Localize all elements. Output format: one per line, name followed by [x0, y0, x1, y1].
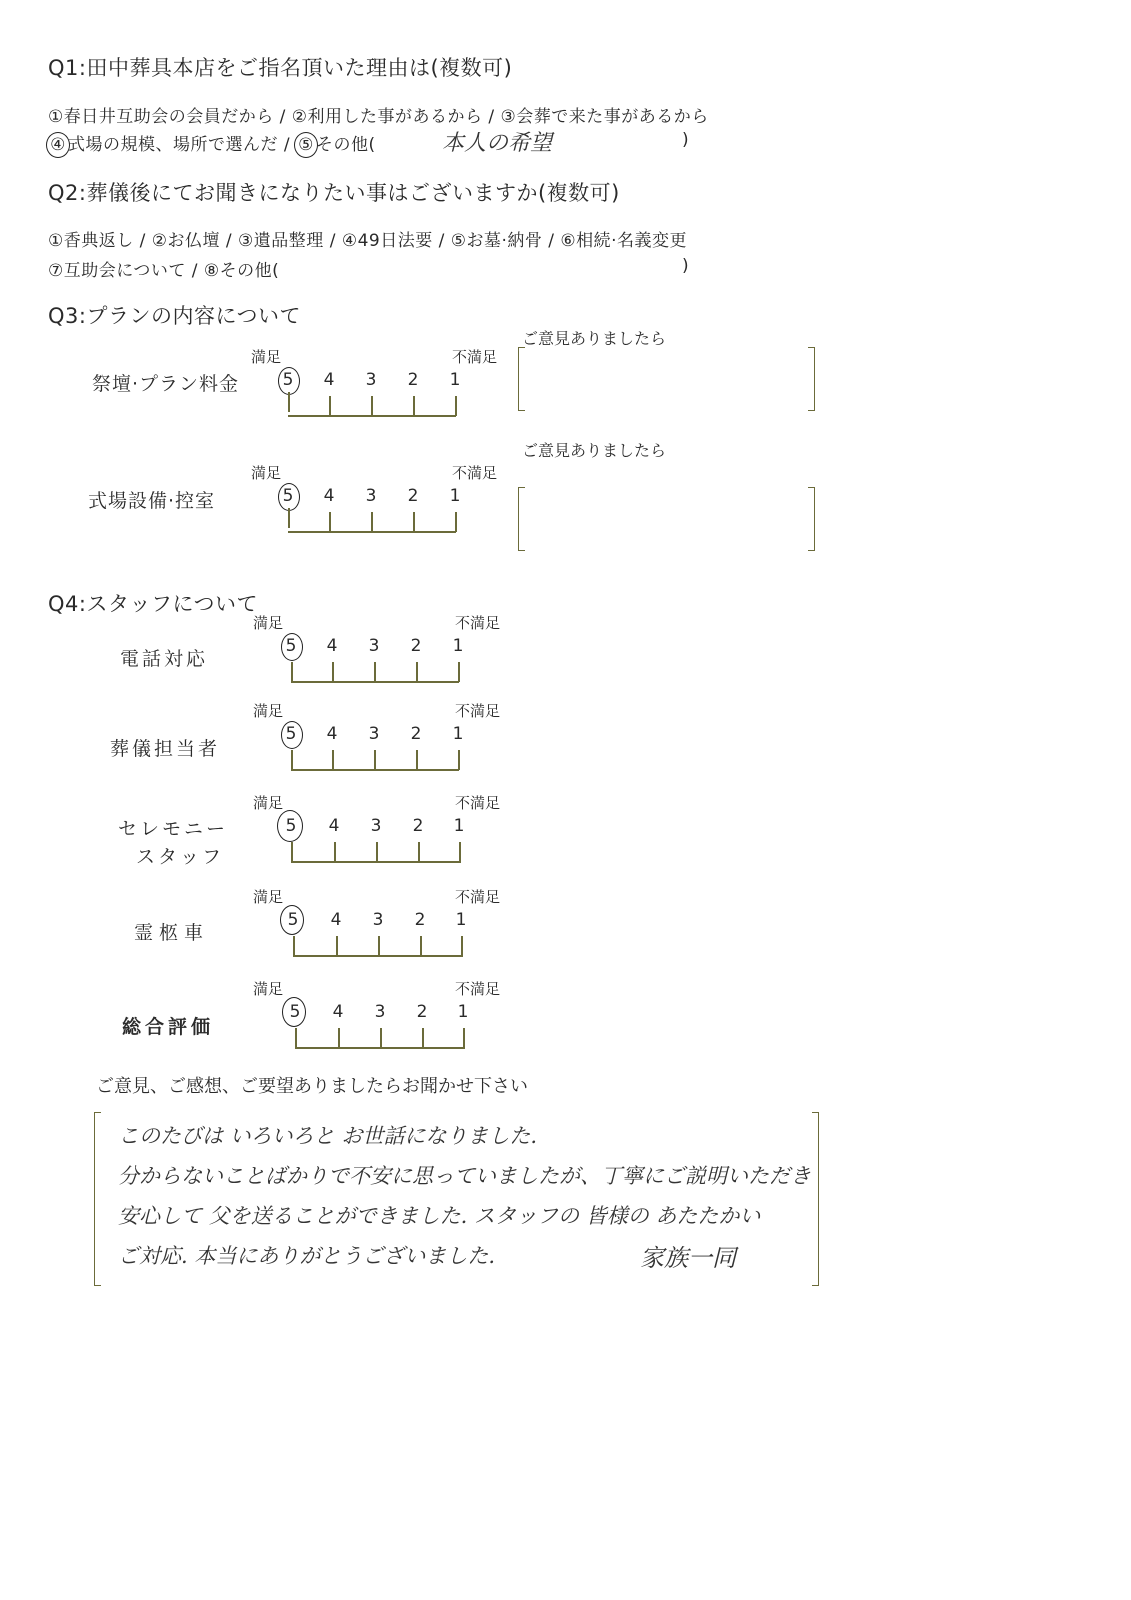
scale-option-3[interactable]: 3 — [361, 370, 381, 390]
q4-item2-label: 葬儀担当者 — [110, 734, 220, 761]
q1-option-4-selected[interactable]: ④ — [46, 132, 70, 158]
scale-option-2[interactable]: 2 — [403, 370, 423, 390]
scale-right-label: 不満足 — [455, 612, 500, 633]
scale-option-4[interactable]: 4 — [328, 1002, 348, 1022]
scale-option-4[interactable]: 4 — [322, 724, 342, 744]
scale-option-2[interactable]: 2 — [406, 636, 426, 656]
scale-option-1[interactable]: 1 — [445, 370, 465, 390]
q1-other-handwritten[interactable]: 本人の希望 — [442, 126, 552, 157]
scale-left-label: 満足 — [253, 792, 283, 813]
q3-item2-comment-field[interactable] — [526, 489, 806, 547]
selected-circle-icon — [278, 367, 300, 395]
feedback-line-1: このたびは いろいろと お世話になりました. — [118, 1116, 818, 1156]
q4-overall-scale[interactable]: 5 4 3 2 1 — [285, 1002, 475, 1072]
q1-title: Q1:田中葬具本店をご指名頂いた理由は(複数可) — [48, 52, 512, 82]
q2-options-line2: ⑦互助会について / ⑧その他( — [48, 256, 279, 281]
scale-right-label: 不満足 — [455, 700, 500, 721]
q4-item2-scale[interactable]: 5 4 3 2 1 — [281, 724, 471, 794]
scale-option-1[interactable]: 1 — [448, 724, 468, 744]
feedback-prompt: ご意見、ご感想、ご要望ありましたらお聞かせ下さい — [96, 1072, 528, 1098]
scale-right-label: 不満足 — [455, 978, 500, 999]
scale-option-4[interactable]: 4 — [319, 370, 339, 390]
q3-item1-label: 祭壇·プラン料金 — [92, 369, 239, 396]
scale-option-3[interactable]: 3 — [366, 816, 386, 836]
scale-option-1[interactable]: 1 — [449, 816, 469, 836]
scale-option-3[interactable]: 3 — [368, 910, 388, 930]
q1-option-4-text: 式場の規模、場所で選んだ / — [68, 135, 296, 155]
q4-item1-label: 電話対応 — [120, 644, 208, 671]
selected-circle-icon — [281, 721, 303, 749]
feedback-line-3: 安心して 父を送ることができました. スタッフの 皆様の あたたかい — [118, 1196, 818, 1236]
scale-right-label: 不満足 — [452, 346, 497, 367]
q4-item3-label-line2: スタッフ — [136, 842, 224, 869]
q1-option-5-text: その他( — [316, 135, 376, 155]
scale-right-label: 不満足 — [452, 462, 497, 483]
q4-item4-scale[interactable]: 5 4 3 2 1 — [283, 910, 473, 980]
scale-option-2[interactable]: 2 — [410, 910, 430, 930]
scale-right-label: 不満足 — [455, 792, 500, 813]
scale-option-3[interactable]: 3 — [364, 724, 384, 744]
q3-item1-scale[interactable]: 5 4 3 2 1 — [278, 370, 468, 440]
q3-item2-comment-box-right — [808, 487, 815, 551]
q3-item1-comment-box-right — [808, 347, 815, 411]
scale-option-1[interactable]: 1 — [445, 486, 465, 506]
q4-item4-label: 霊柩車 — [134, 918, 209, 945]
feedback-signature: 家族一同 — [640, 1238, 736, 1273]
selected-circle-icon — [278, 483, 300, 511]
scale-option-2[interactable]: 2 — [412, 1002, 432, 1022]
scale-left-label: 満足 — [251, 346, 281, 367]
scale-option-4[interactable]: 4 — [326, 910, 346, 930]
scale-option-2[interactable]: 2 — [403, 486, 423, 506]
q3-item2-label: 式場設備·控室 — [88, 486, 215, 513]
scale-left-label: 満足 — [253, 700, 283, 721]
q3-item1-comment-prompt: ご意見ありましたら — [522, 326, 666, 349]
feedback-line-2: 分からないことばかりで不安に思っていましたが、丁寧にご説明いただき — [118, 1156, 818, 1196]
q2-options-line1: ①香典返し / ②お仏壇 / ③遺品整理 / ④49日法要 / ⑤お墓·納骨 /… — [48, 226, 687, 251]
scale-option-4[interactable]: 4 — [324, 816, 344, 836]
selected-circle-icon — [281, 633, 303, 661]
q4-item3-scale[interactable]: 5 4 3 2 1 — [281, 816, 471, 886]
scale-option-1[interactable]: 1 — [453, 1002, 473, 1022]
scale-option-1[interactable]: 1 — [451, 910, 471, 930]
q3-item2-scale[interactable]: 5 4 3 2 1 — [278, 486, 468, 556]
scale-left-label: 満足 — [253, 886, 283, 907]
selected-circle-icon — [282, 997, 306, 1027]
q2-title: Q2:葬儀後にてお聞きになりたい事はございますか(複数可) — [48, 177, 620, 207]
q4-overall-label: 総合評価 — [122, 1012, 214, 1039]
scale-option-2[interactable]: 2 — [406, 724, 426, 744]
scale-option-4[interactable]: 4 — [322, 636, 342, 656]
scale-left-label: 満足 — [251, 462, 281, 483]
q2-close-paren: ) — [682, 256, 689, 276]
selected-circle-icon — [280, 905, 304, 935]
scale-option-3[interactable]: 3 — [370, 1002, 390, 1022]
q3-item2-comment-box-left — [518, 487, 525, 551]
scale-left-label: 満足 — [253, 612, 283, 633]
scale-left-label: 満足 — [253, 978, 283, 999]
q1-option-5-selected[interactable]: ⑤ — [294, 132, 318, 158]
q3-title: Q3:プランの内容について — [48, 300, 301, 330]
q3-item1-comment-field[interactable] — [526, 349, 806, 407]
selected-circle-icon — [277, 810, 303, 842]
q1-close-paren: ) — [682, 130, 689, 150]
q4-title: Q4:スタッフについて — [48, 588, 258, 618]
q1-options-line2: ④式場の規模、場所で選んだ / ⑤その他( — [48, 130, 376, 158]
scale-option-2[interactable]: 2 — [408, 816, 428, 836]
scale-option-1[interactable]: 1 — [448, 636, 468, 656]
scale-right-label: 不満足 — [455, 886, 500, 907]
q1-options-line1: ①春日井互助会の会員だから / ②利用した事があるから / ③会葬で来た事がある… — [48, 102, 709, 127]
q3-item1-comment-box-left — [518, 347, 525, 411]
q3-item2-comment-prompt: ご意見ありましたら — [522, 438, 666, 461]
scale-option-4[interactable]: 4 — [319, 486, 339, 506]
scale-option-3[interactable]: 3 — [364, 636, 384, 656]
feedback-box-left — [94, 1112, 101, 1286]
q4-item1-scale[interactable]: 5 4 3 2 1 — [281, 636, 471, 706]
q4-item3-label-line1: セレモニー — [118, 814, 228, 841]
scale-option-3[interactable]: 3 — [361, 486, 381, 506]
